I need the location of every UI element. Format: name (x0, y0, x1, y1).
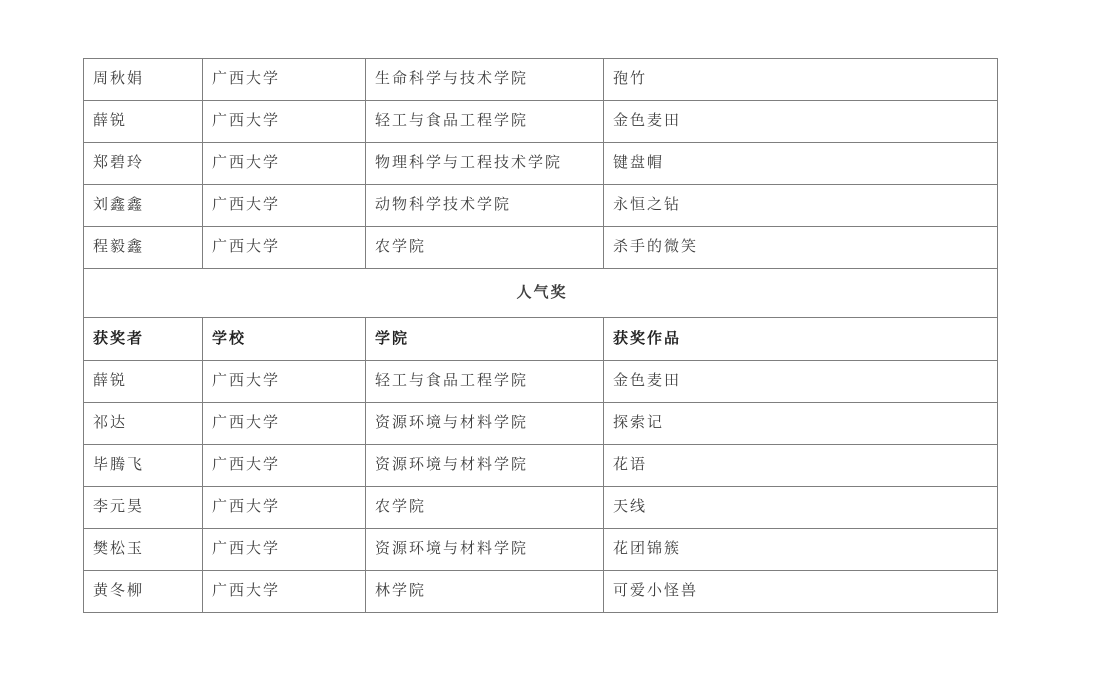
winner-name-cell: 樊松玉 (84, 529, 203, 571)
winner-name-cell: 毕腾飞 (84, 445, 203, 487)
work-title-cell: 花语 (604, 445, 998, 487)
table-row: 郑碧玲 广西大学 物理科学与工程技术学院 键盘帽 (84, 143, 998, 185)
winner-name-cell: 薛锐 (84, 361, 203, 403)
school-cell: 广西大学 (203, 101, 366, 143)
work-title-cell: 金色麦田 (604, 361, 998, 403)
document-page: 周秋娟 广西大学 生命科学与技术学院 孢竹 薛锐 广西大学 轻工与食品工程学院 … (0, 0, 1095, 695)
college-cell: 生命科学与技术学院 (366, 59, 604, 101)
college-cell: 农学院 (366, 487, 604, 529)
column-header-winner: 获奖者 (84, 318, 203, 361)
school-cell: 广西大学 (203, 143, 366, 185)
college-cell: 资源环境与材料学院 (366, 445, 604, 487)
college-cell: 资源环境与材料学院 (366, 529, 604, 571)
work-title-cell: 金色麦田 (604, 101, 998, 143)
winner-name-cell: 薛锐 (84, 101, 203, 143)
winner-name-cell: 祁达 (84, 403, 203, 445)
table-row: 黄冬柳 广西大学 林学院 可爱小怪兽 (84, 571, 998, 613)
winner-name-cell: 刘鑫鑫 (84, 185, 203, 227)
section-heading-row: 人气奖 (84, 269, 998, 318)
winner-name-cell: 周秋娟 (84, 59, 203, 101)
table-row: 薛锐 广西大学 轻工与食品工程学院 金色麦田 (84, 361, 998, 403)
column-header-work: 获奖作品 (604, 318, 998, 361)
college-cell: 物理科学与工程技术学院 (366, 143, 604, 185)
college-cell: 林学院 (366, 571, 604, 613)
table-row: 薛锐 广西大学 轻工与食品工程学院 金色麦田 (84, 101, 998, 143)
table-row: 樊松玉 广西大学 资源环境与材料学院 花团锦簇 (84, 529, 998, 571)
table-header-row: 获奖者 学校 学院 获奖作品 (84, 318, 998, 361)
college-cell: 动物科学技术学院 (366, 185, 604, 227)
winner-name-cell: 黄冬柳 (84, 571, 203, 613)
school-cell: 广西大学 (203, 403, 366, 445)
work-title-cell: 键盘帽 (604, 143, 998, 185)
work-title-cell: 可爱小怪兽 (604, 571, 998, 613)
winner-name-cell: 郑碧玲 (84, 143, 203, 185)
table-row: 刘鑫鑫 广西大学 动物科学技术学院 永恒之钻 (84, 185, 998, 227)
school-cell: 广西大学 (203, 529, 366, 571)
college-cell: 轻工与食品工程学院 (366, 361, 604, 403)
table-row: 毕腾飞 广西大学 资源环境与材料学院 花语 (84, 445, 998, 487)
school-cell: 广西大学 (203, 571, 366, 613)
table-row: 李元昊 广西大学 农学院 天线 (84, 487, 998, 529)
work-title-cell: 孢竹 (604, 59, 998, 101)
section-title: 人气奖 (84, 269, 998, 318)
work-title-cell: 杀手的微笑 (604, 227, 998, 269)
work-title-cell: 永恒之钻 (604, 185, 998, 227)
table-row: 祁达 广西大学 资源环境与材料学院 探索记 (84, 403, 998, 445)
work-title-cell: 天线 (604, 487, 998, 529)
award-winners-table: 周秋娟 广西大学 生命科学与技术学院 孢竹 薛锐 广西大学 轻工与食品工程学院 … (83, 58, 998, 613)
work-title-cell: 探索记 (604, 403, 998, 445)
college-cell: 农学院 (366, 227, 604, 269)
winner-name-cell: 李元昊 (84, 487, 203, 529)
table-row: 程毅鑫 广西大学 农学院 杀手的微笑 (84, 227, 998, 269)
school-cell: 广西大学 (203, 445, 366, 487)
table-row: 周秋娟 广西大学 生命科学与技术学院 孢竹 (84, 59, 998, 101)
college-cell: 轻工与食品工程学院 (366, 101, 604, 143)
work-title-cell: 花团锦簇 (604, 529, 998, 571)
school-cell: 广西大学 (203, 361, 366, 403)
college-cell: 资源环境与材料学院 (366, 403, 604, 445)
winner-name-cell: 程毅鑫 (84, 227, 203, 269)
school-cell: 广西大学 (203, 227, 366, 269)
school-cell: 广西大学 (203, 185, 366, 227)
column-header-college: 学院 (366, 318, 604, 361)
school-cell: 广西大学 (203, 59, 366, 101)
school-cell: 广西大学 (203, 487, 366, 529)
column-header-school: 学校 (203, 318, 366, 361)
